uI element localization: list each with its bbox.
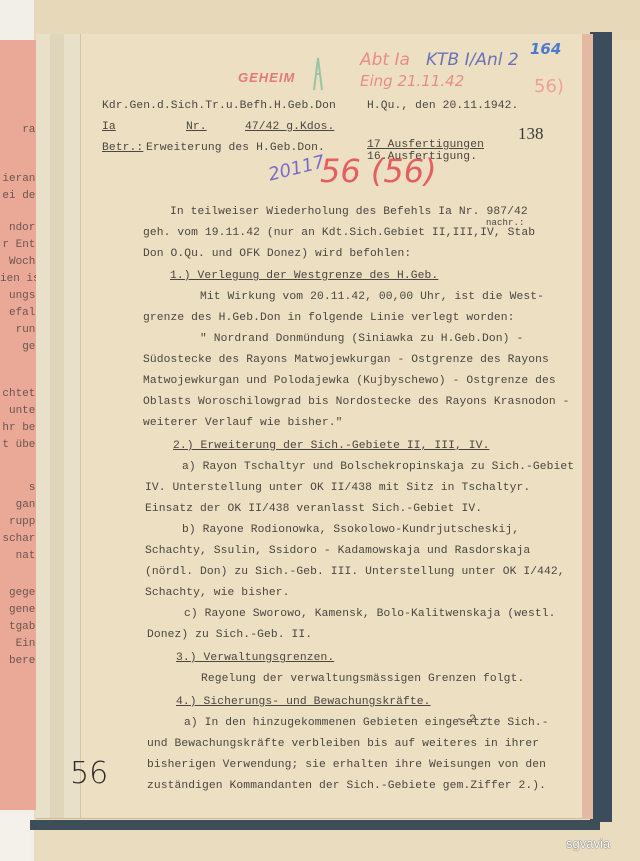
body-line: IV. Unterstellung unter OK II/438 mit Si… <box>145 482 530 494</box>
place-date: H.Qu., den 20.11.1942. <box>367 100 518 112</box>
subject: Erweiterung des H.Geb.Don. <box>146 142 325 154</box>
handwritten-red-bracket: 56) <box>534 76 564 97</box>
body-line: c) Rayone Sworowo, Kamensk, Bolo-Kalitwe… <box>184 608 555 620</box>
body-line: Matwojewkurgan und Polodajewka (Kujbysch… <box>143 375 556 387</box>
body-line: bisherigen Verwendung; sie erhalten ihre… <box>147 759 546 771</box>
subject-label: Betr.: <box>102 142 143 154</box>
pencil-folio-number: 56 <box>70 756 108 791</box>
ref-department: Ia <box>102 121 116 133</box>
scanner-margin-bottom <box>0 815 30 861</box>
body-line: Don O.Qu. und OFK Donez) wird befohlen: <box>143 248 411 260</box>
sender: Kdr.Gen.d.Sich.Tr.u.Befh.H.Geb.Don <box>102 100 336 112</box>
body-line: (nördl. Don) zu Sich.-Geb. III. Unterste… <box>145 566 565 578</box>
green-pencil-mark-icon <box>308 56 328 92</box>
binding-tape <box>50 34 64 818</box>
handwritten-received-date: Eing 21.11.42 <box>360 72 464 90</box>
body-line: grenze des H.Geb.Don in folgende Linie v… <box>143 312 514 324</box>
handwritten-ktb: KTB I/Anl 2 <box>426 50 519 70</box>
copy-number: 16.Ausfertigung. <box>367 151 477 163</box>
binder-cover-bottom <box>28 820 600 830</box>
body-line: " Nordrand Donmündung (Siniawka zu H.Geb… <box>200 333 523 345</box>
body-line: zuständigen Kommandanten der Sich.-Gebie… <box>147 780 546 792</box>
section-3-title: 3.) Verwaltungsgrenzen. <box>176 652 334 664</box>
copies-count: 17 Ausfertigungen <box>367 139 484 151</box>
binder-cover-right <box>590 32 612 822</box>
ref-nr-label: Nr. <box>186 121 207 133</box>
body-line: In teilweiser Wiederholung des Befehls I… <box>170 206 528 218</box>
body-line: Einsatz der OK II/438 veranlasst Sich.-G… <box>145 503 482 515</box>
body-line: Regelung der verwaltungsmässigen Grenzen… <box>201 673 524 685</box>
body-line: Schachty, wie bisher. <box>145 587 289 599</box>
body-line: Mit Wirkung vom 20.11.42, 00,00 Uhr, ist… <box>200 291 544 303</box>
section-2-title: 2.) Erweiterung der Sich.-Gebiete II, II… <box>173 440 489 452</box>
section-1-title: 1.) Verlegung der Westgrenze des H.Geb. <box>170 270 438 282</box>
body-line: Schachty, Ssulin, Ssidoro - Kadamowskaja… <box>145 545 530 557</box>
section-4-title: 4.) Sicherungs- und Bewachungskräfte. <box>176 696 431 708</box>
body-line: Donez) zu Sich.-Geb. II. <box>147 629 312 641</box>
handwritten-number-164: 164 <box>530 40 561 58</box>
document-number: 138 <box>518 124 544 144</box>
body-line: b) Rayone Rodionowka, Ssokolowo-Kundrjut… <box>182 524 519 536</box>
page-number: - 2 - <box>456 714 489 726</box>
body-line: Südostecke des Rayons Matwojewkurgan - O… <box>143 354 549 366</box>
body-line: und Bewachungskräfte verbleiben bis auf … <box>147 738 539 750</box>
body-line: weiterer Verlauf wie bisher." <box>143 417 343 429</box>
body-line: a) Rayon Tschaltyr und Bolschekropinskaj… <box>182 461 574 473</box>
secret-stamp: GEHEIM <box>238 70 295 85</box>
body-line: geh. vom 19.11.42 (nur an Kdt.Sich.Gebie… <box>143 227 535 239</box>
ref-number: 47/42 g.Kdos. <box>245 121 334 133</box>
handwritten-department: Abt Ia <box>360 50 410 70</box>
watermark: sgvavia <box>566 836 610 851</box>
body-line: Oblasts Woroschilowgrad bis Nordostecke … <box>143 396 570 408</box>
body-line: a) In den hinzugekommenen Gebieten einge… <box>184 717 549 729</box>
